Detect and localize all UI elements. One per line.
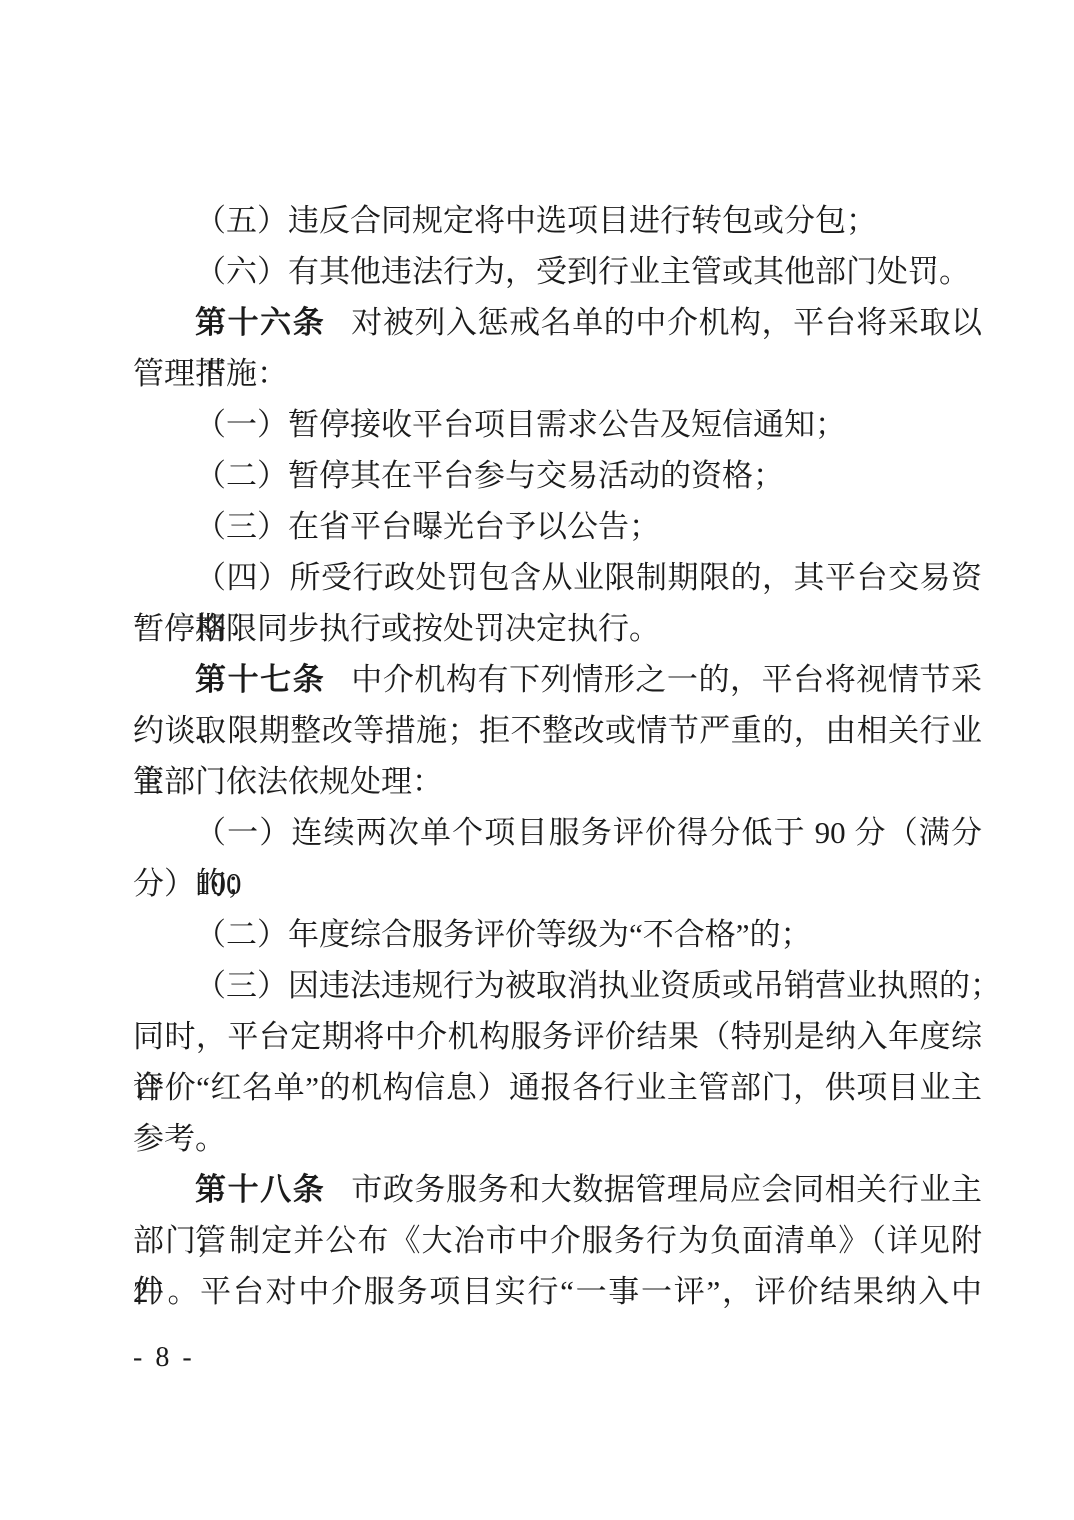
text-line: 第十七条中介机构有下列情形之一的，平台将视情节采取 <box>133 654 982 705</box>
article-number-label: 第十七条 <box>195 662 325 697</box>
text-line: 评价“红名单”的机构信息）通报各行业主管部门，供项目业主 <box>133 1062 982 1113</box>
text-segment: 2）。平台对中介服务项目实行“一事一评”，评价结果纳入中 <box>133 1274 982 1309</box>
text-segment: （二）年度综合服务评价等级为“不合格”的； <box>195 917 812 952</box>
text-line: （五）违反合同规定将中选项目进行转包或分包； <box>133 195 982 246</box>
text-line: 2）。平台对中介服务项目实行“一事一评”，评价结果纳入中 <box>133 1266 982 1317</box>
text-segment: 管部门依法依规处理： <box>133 764 443 799</box>
text-line: （一）连续两次单个项目服务评价得分低于 90 分（满分 100 <box>133 807 982 858</box>
text-line: 分）的； <box>133 858 982 909</box>
text-segment: （六）有其他违法行为，受到行业主管或其他部门处罚。 <box>195 254 970 289</box>
text-line: 管部门依法依规处理： <box>133 756 982 807</box>
text-segment: （五）违反合同规定将中选项目进行转包或分包； <box>195 203 877 238</box>
text-line: （四）所受行政处罚包含从业限制期限的，其平台交易资格 <box>133 552 982 603</box>
text-line: 参考。 <box>133 1113 982 1164</box>
text-line: （六）有其他违法行为，受到行业主管或其他部门处罚。 <box>133 246 982 297</box>
text-segment: （一）暂停接收平台项目需求公告及短信通知； <box>195 407 846 442</box>
text-segment: （二）暂停其在平台参与交易活动的资格； <box>195 458 784 493</box>
text-segment: 分）的； <box>133 866 257 901</box>
text-segment: （三）因违法违规行为被取消执业资质或吊销营业执照的； <box>195 968 1001 1003</box>
text-line: （二）暂停其在平台参与交易活动的资格； <box>133 450 982 501</box>
text-line: 第十六条对被列入惩戒名单的中介机构，平台将采取以下 <box>133 297 982 348</box>
article-number-label: 第十六条 <box>195 305 325 340</box>
text-line: 管理措施： <box>133 348 982 399</box>
text-line: （三）在省平台曝光台予以公告； <box>133 501 982 552</box>
text-line: （二）年度综合服务评价等级为“不合格”的； <box>133 909 982 960</box>
text-line: 部门，制定并公布《大冶市中介服务行为负面清单》（详见附件 <box>133 1215 982 1266</box>
text-segment: 参考。 <box>133 1121 226 1156</box>
text-segment: 管理措施： <box>133 356 288 391</box>
text-line: 同时，平台定期将中介机构服务评价结果（特别是纳入年度综合 <box>133 1011 982 1062</box>
text-segment: 评价“红名单”的机构信息）通报各行业主管部门，供项目业主 <box>133 1070 982 1105</box>
text-line: （一）暂停接收平台项目需求公告及短信通知； <box>133 399 982 450</box>
text-line: 约谈、限期整改等措施；拒不整改或情节严重的，由相关行业主 <box>133 705 982 756</box>
text-segment: 暂停期限同步执行或按处罚决定执行。 <box>133 611 660 646</box>
document-body: （五）违反合同规定将中选项目进行转包或分包；（六）有其他违法行为，受到行业主管或… <box>133 195 982 1317</box>
text-line: （三）因违法违规行为被取消执业资质或吊销营业执照的； <box>133 960 982 1011</box>
text-line: 暂停期限同步执行或按处罚决定执行。 <box>133 603 982 654</box>
page-number: - 8 - <box>133 1341 195 1375</box>
article-number-label: 第十八条 <box>195 1172 325 1207</box>
document-page: （五）违反合同规定将中选项目进行转包或分包；（六）有其他违法行为，受到行业主管或… <box>0 0 1074 1520</box>
text-segment: （三）在省平台曝光台予以公告； <box>195 509 660 544</box>
text-line: 第十八条市政务服务和大数据管理局应会同相关行业主管 <box>133 1164 982 1215</box>
